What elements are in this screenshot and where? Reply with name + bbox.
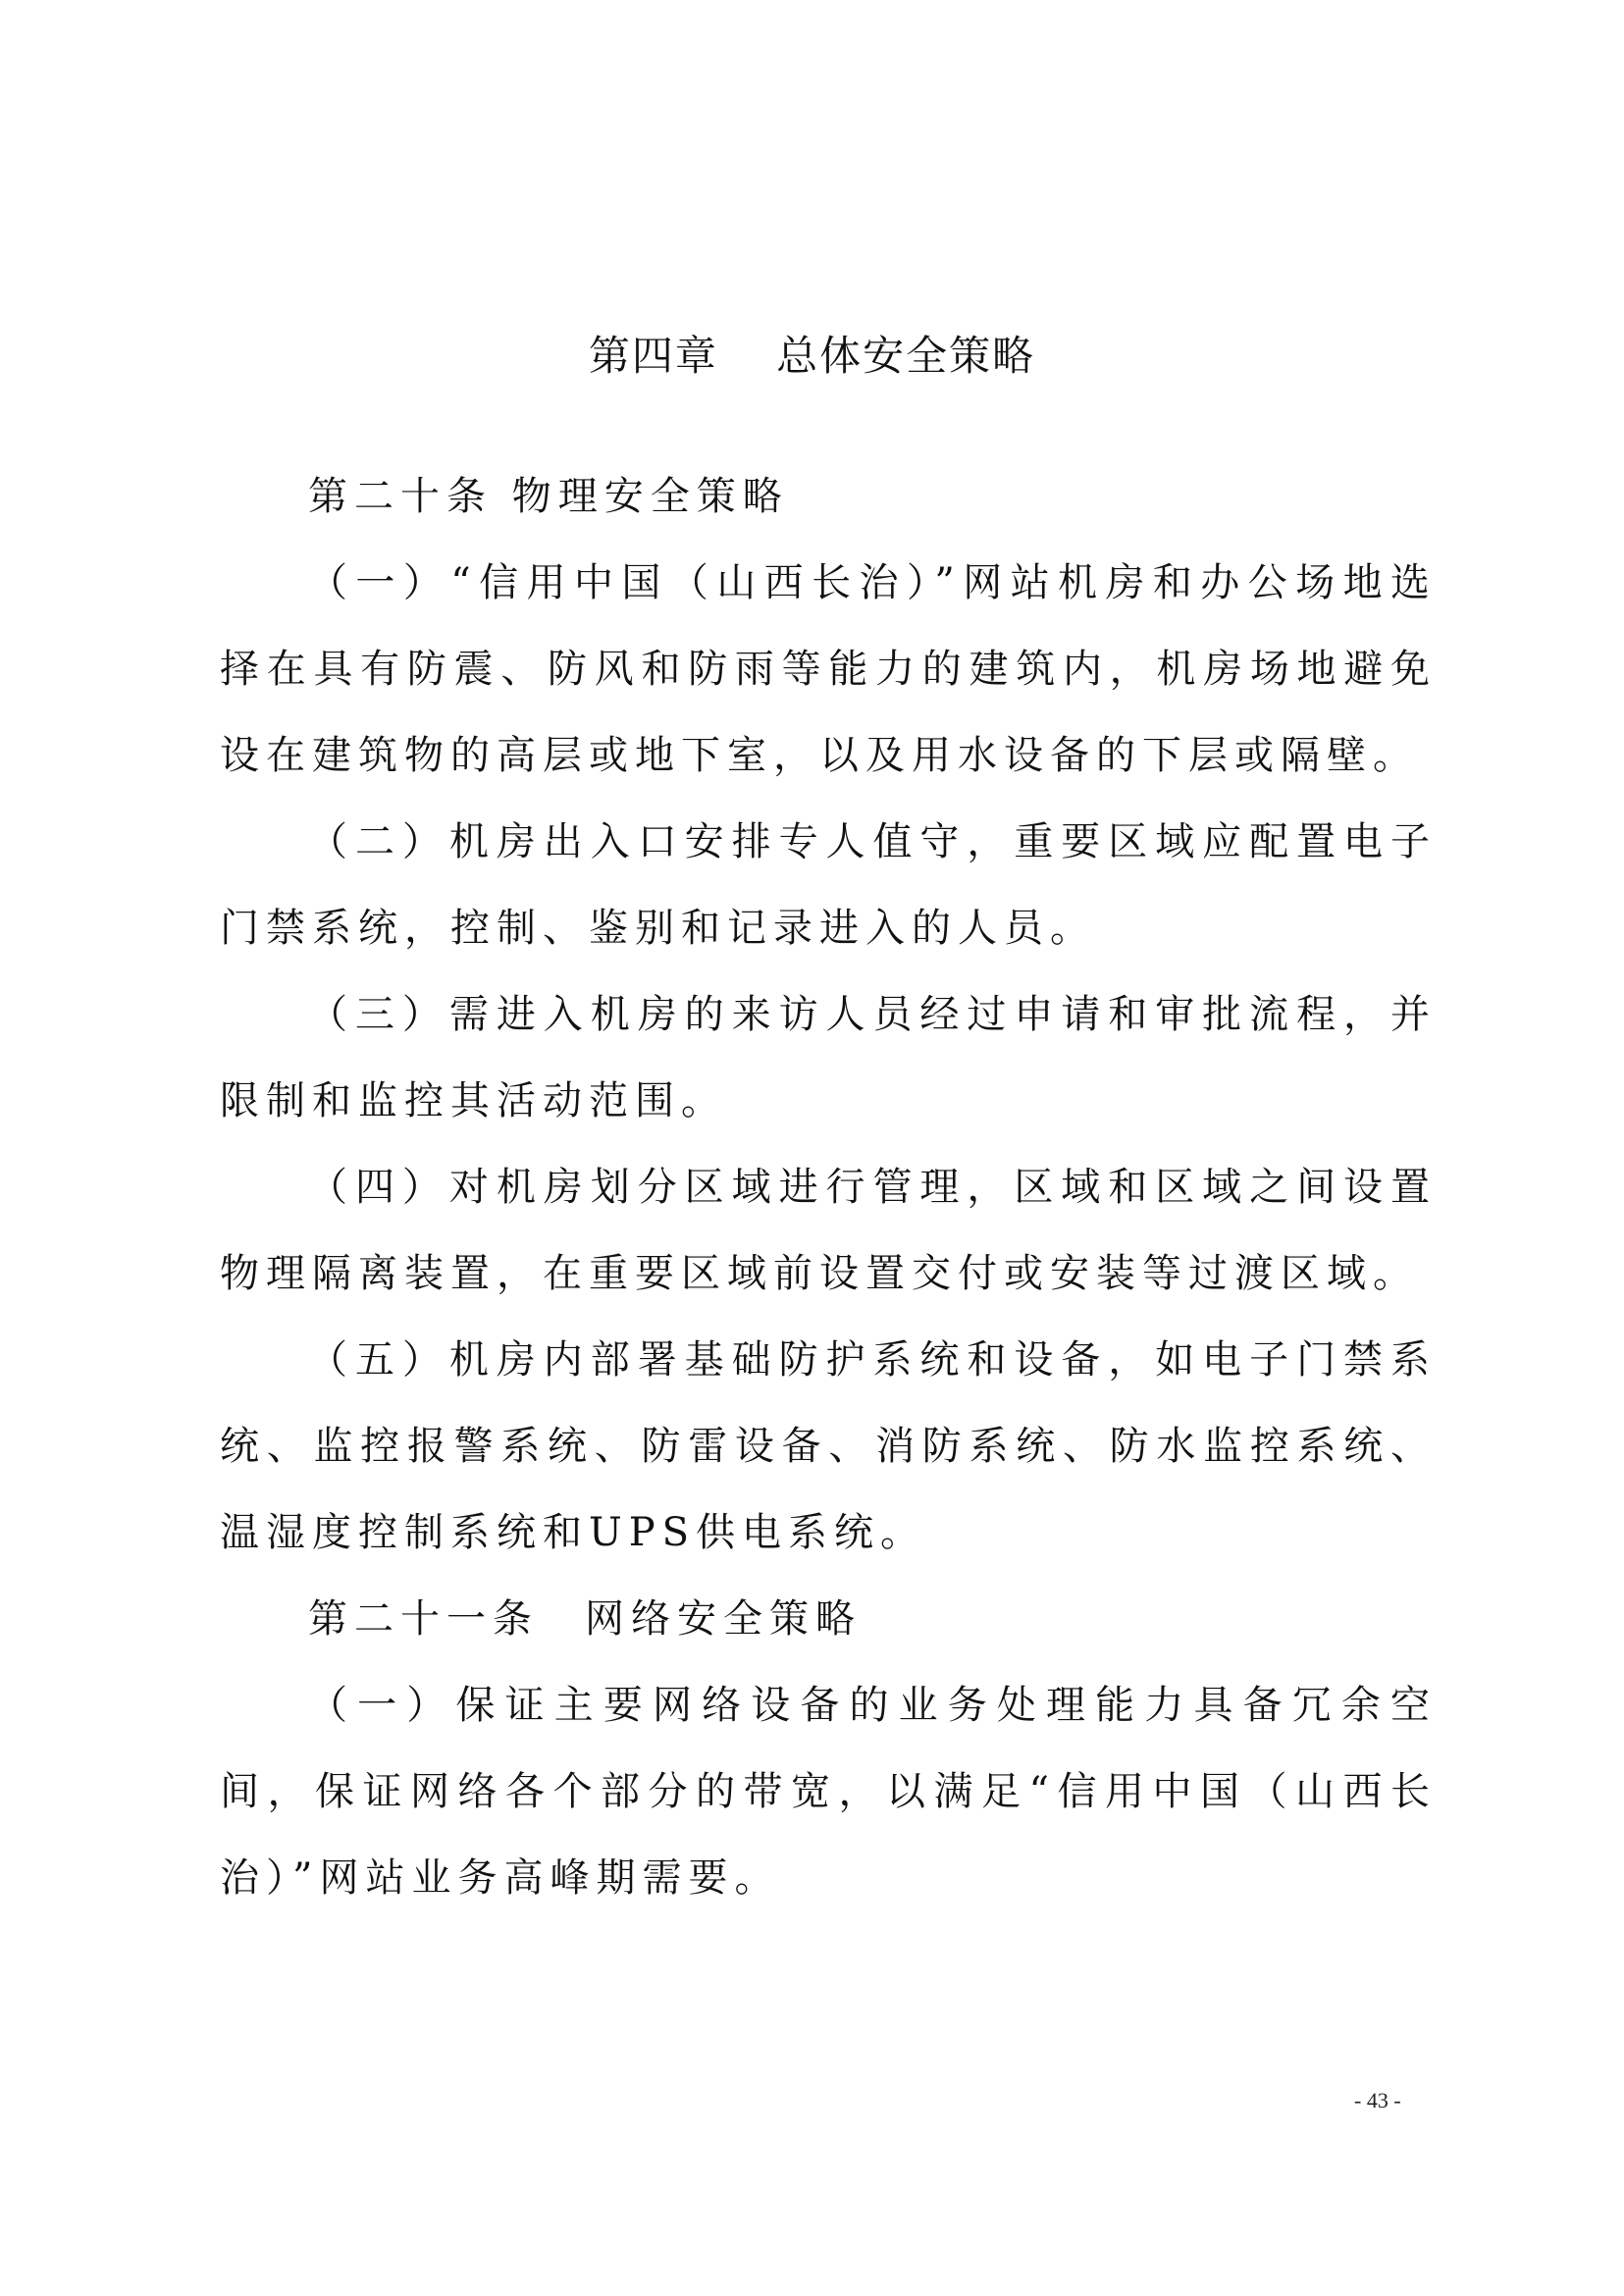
- paragraph: （一）“信用中国（山西长治）”网站机房和办公场地选择在具有防震、防风和防雨等能力…: [220, 540, 1437, 799]
- paragraph: （四）对机房划分区域进行管理，区域和区域之间设置物理隔离装置，在重要区域前设置交…: [220, 1144, 1437, 1317]
- document-body: 第二十条 物理安全策略 （一）“信用中国（山西长治）”网站机房和办公场地选择在具…: [220, 453, 1437, 1921]
- article-heading: 第二十一条 网络安全策略: [220, 1576, 1437, 1662]
- document-page: 第四章 总体安全策略 第二十条 物理安全策略 （一）“信用中国（山西长治）”网站…: [0, 0, 1624, 2296]
- page-number: - 43 -: [1354, 2088, 1401, 2113]
- chapter-title: 第四章 总体安全策略: [0, 324, 1624, 383]
- paragraph: （二）机房出入口安排专人值守，重要区域应配置电子门禁系统，控制、鉴别和记录进入的…: [220, 799, 1437, 971]
- paragraph: （三）需进入机房的来访人员经过申请和审批流程，并限制和监控其活动范围。: [220, 971, 1437, 1144]
- article-heading: 第二十条 物理安全策略: [220, 453, 1437, 540]
- paragraph: （五）机房内部署基础防护系统和设备，如电子门禁系统、监控报警系统、防雷设备、消防…: [220, 1317, 1437, 1576]
- paragraph: （一）保证主要网络设备的业务处理能力具备冗余空间，保证网络各个部分的带宽，以满足…: [220, 1662, 1437, 1921]
